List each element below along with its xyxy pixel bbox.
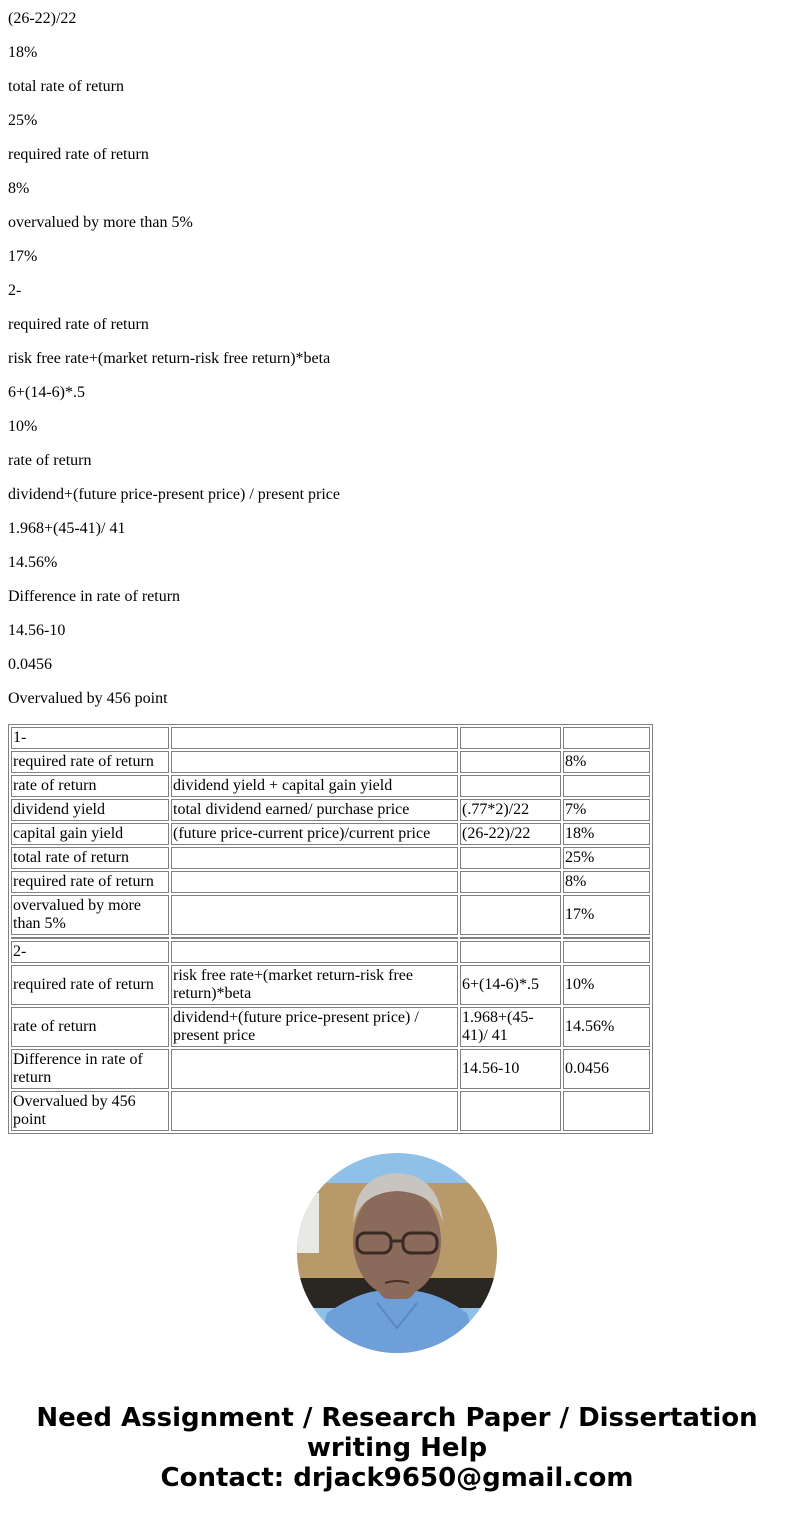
text-line: total rate of return: [8, 78, 786, 96]
table-row: Difference in rate of return14.56-100.04…: [11, 1049, 650, 1089]
table-row: overvalued by more than 5%17%: [11, 895, 650, 935]
table-cell: [563, 775, 650, 797]
table-cell: [171, 871, 458, 893]
table-cell: 2-: [11, 941, 169, 963]
table-cell: [460, 1091, 561, 1131]
table-cell: 1.968+(45-41)/ 41: [460, 1007, 561, 1047]
table-row: rate of returndividend yield + capital g…: [11, 775, 650, 797]
table-cell: [460, 847, 561, 869]
separator-cell: [171, 937, 458, 939]
table-cell: [460, 727, 561, 749]
table-cell: 8%: [563, 751, 650, 773]
table-cell: [171, 1091, 458, 1131]
separator-cell: [11, 937, 169, 939]
table-cell: required rate of return: [11, 965, 169, 1005]
table-row: capital gain yield(future price-current …: [11, 823, 650, 845]
text-line: overvalued by more than 5%: [8, 214, 786, 232]
table-cell: (.77*2)/22: [460, 799, 561, 821]
calculation-table: 1-required rate of return8%rate of retur…: [8, 724, 653, 1134]
banner-line-1: Need Assignment / Research Paper / Disse…: [0, 1403, 794, 1433]
table-cell: 17%: [563, 895, 650, 935]
table-cell: required rate of return: [11, 751, 169, 773]
table-cell: [460, 871, 561, 893]
table-cell: Overvalued by 456 point: [11, 1091, 169, 1131]
text-line: 14.56-10: [8, 622, 786, 640]
text-line: required rate of return: [8, 316, 786, 334]
table-cell: (26-22)/22: [460, 823, 561, 845]
table-cell: 14.56-10: [460, 1049, 561, 1089]
table-cell: 0.0456: [563, 1049, 650, 1089]
table-cell: total dividend earned/ purchase price: [171, 799, 458, 821]
text-line: dividend+(future price-present price) / …: [8, 486, 786, 504]
table-separator-row: [11, 937, 650, 939]
table-cell: [460, 941, 561, 963]
text-line: 14.56%: [8, 554, 786, 572]
text-line: 2-: [8, 282, 786, 300]
table-cell: capital gain yield: [11, 823, 169, 845]
table-cell: total rate of return: [11, 847, 169, 869]
table-row: dividend yieldtotal dividend earned/ pur…: [11, 799, 650, 821]
table-row: required rate of return8%: [11, 871, 650, 893]
table-cell: rate of return: [11, 775, 169, 797]
text-line: Overvalued by 456 point: [8, 690, 786, 708]
text-line: risk free rate+(market return-risk free …: [8, 350, 786, 368]
table-cell: [460, 775, 561, 797]
text-line: (26-22)/22: [8, 10, 786, 28]
text-line: Difference in rate of return: [8, 588, 786, 606]
table-row: Overvalued by 456 point: [11, 1091, 650, 1131]
text-line: 1.968+(45-41)/ 41: [8, 520, 786, 538]
table-cell: [171, 751, 458, 773]
table-cell: [460, 751, 561, 773]
table-cell: dividend+(future price-present price) / …: [171, 1007, 458, 1047]
text-line: 6+(14-6)*.5: [8, 384, 786, 402]
separator-cell: [460, 937, 561, 939]
contact-banner: Need Assignment / Research Paper / Disse…: [0, 1403, 794, 1493]
text-line: 18%: [8, 44, 786, 62]
text-line: rate of return: [8, 452, 786, 470]
table-cell: [171, 895, 458, 935]
table-cell: [171, 941, 458, 963]
table-cell: 25%: [563, 847, 650, 869]
table-cell: 10%: [563, 965, 650, 1005]
table-row: rate of returndividend+(future price-pre…: [11, 1007, 650, 1047]
table-cell: [563, 727, 650, 749]
portrait-image: [297, 1153, 497, 1353]
table-cell: Difference in rate of return: [11, 1049, 169, 1089]
table-cell: 7%: [563, 799, 650, 821]
banner-line-2: writing Help: [0, 1433, 794, 1463]
table-cell: required rate of return: [11, 871, 169, 893]
text-line: 0.0456: [8, 656, 786, 674]
text-line: 8%: [8, 180, 786, 198]
table-cell: (future price-current price)/current pri…: [171, 823, 458, 845]
banner-contact-email[interactable]: Contact: drjack9650@gmail.com: [0, 1463, 794, 1493]
separator-cell: [563, 937, 650, 939]
table-cell: dividend yield: [11, 799, 169, 821]
table-cell: [563, 1091, 650, 1131]
table-cell: 8%: [563, 871, 650, 893]
document-body: dividend yield = total dividend earned/ …: [8, 0, 786, 1134]
table-cell: [563, 941, 650, 963]
table-cell: risk free rate+(market return-risk free …: [171, 965, 458, 1005]
table-cell: dividend yield + capital gain yield: [171, 775, 458, 797]
author-avatar: [297, 1153, 497, 1353]
table-cell: 6+(14-6)*.5: [460, 965, 561, 1005]
text-line: 17%: [8, 248, 786, 266]
table-row: required rate of return8%: [11, 751, 650, 773]
table-cell: rate of return: [11, 1007, 169, 1047]
table-cell: [171, 727, 458, 749]
paragraph-list: (26-22)/2218%total rate of return25%requ…: [8, 10, 786, 708]
table-cell: [171, 847, 458, 869]
table-cell: [460, 895, 561, 935]
table-cell: overvalued by more than 5%: [11, 895, 169, 935]
text-line: required rate of return: [8, 146, 786, 164]
table-row: total rate of return25%: [11, 847, 650, 869]
table-cell: 1-: [11, 727, 169, 749]
table-cell: 14.56%: [563, 1007, 650, 1047]
table-cell: 18%: [563, 823, 650, 845]
text-line: 10%: [8, 418, 786, 436]
table-row: 2-: [11, 941, 650, 963]
table-cell: [171, 1049, 458, 1089]
table-row: 1-: [11, 727, 650, 749]
text-line: 25%: [8, 112, 786, 130]
table-row: required rate of returnrisk free rate+(m…: [11, 965, 650, 1005]
